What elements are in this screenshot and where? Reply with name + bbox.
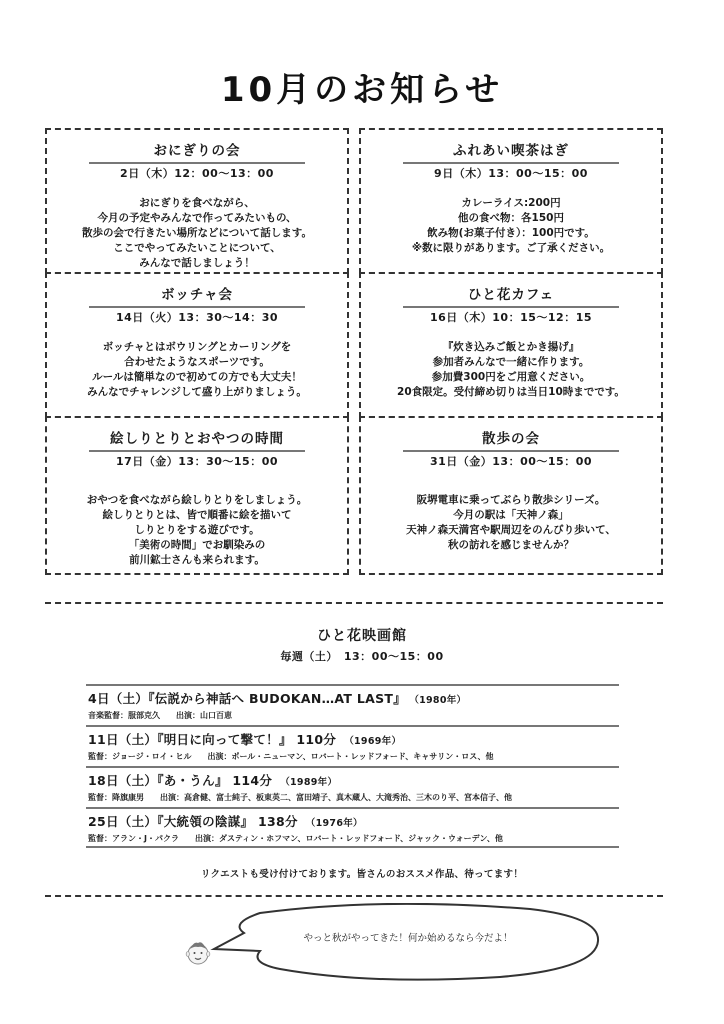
event-box-boccia: ボッチャ会 14日（火）13：30～14：30 ボッチャとはボウリングとカーリン… <box>45 272 349 418</box>
movie-row: 18日（土）『あ・うん』 114分（1989年） 監督：降旗康男出演：高倉健、富… <box>86 766 619 807</box>
title-underline <box>89 450 305 452</box>
event-box-hitohana-cafe: ひと花カフェ 16日（木）10：15～12：15 『炊き込みご飯とかき揚げ』 参… <box>359 272 663 418</box>
section-divider <box>45 895 663 897</box>
title-underline <box>89 162 305 164</box>
event-title: おにぎりの会 <box>47 139 347 159</box>
event-description: 阪堺電車に乗ってぶらり散歩シリーズ。 今月の駅は「天神ノ森」 天神ノ森天満宮や駅… <box>361 493 661 553</box>
event-title: 絵しりとりとおやつの時間 <box>47 427 347 447</box>
movie-list: 4日（土）『伝説から神話へ BUDOKAN…AT LAST』（1980年） 音楽… <box>86 684 619 848</box>
cinema-title: ひと花映画館 <box>0 625 724 645</box>
movie-year: （1969年） <box>344 736 401 747</box>
movie-credits: 監督：ジョージ・ロイ・ヒル出演：ポール・ニューマン、ロバート・レッドフォード、キ… <box>88 751 493 762</box>
event-title: ボッチャ会 <box>47 283 347 303</box>
event-description: ボッチャとはボウリングとカーリングを 合わせたようなスポーツです。 ルールは簡単… <box>47 340 347 400</box>
event-box-cafe-hagi: ふれあい喫茶はぎ 9日（木）13：00～15：00 カレーライス:200円 他の… <box>359 128 663 274</box>
cinema-schedule: 毎週（土） 13：00～15：00 <box>0 648 724 664</box>
movie-heading: 11日（土）『明日に向って撃て！』 110分（1969年） <box>88 730 401 748</box>
movie-row: 11日（土）『明日に向って撃て！』 110分（1969年） 監督：ジョージ・ロイ… <box>86 725 619 766</box>
movie-year: （1980年） <box>414 695 466 706</box>
movie-credits: 監督：降旗康男出演：高倉健、富士純子、板東英二、富田靖子、真木蔵人、大滝秀治、三… <box>88 792 512 803</box>
event-time: 9日（木）13：00～15：00 <box>361 165 661 181</box>
speech-text: やっと秋がやってきた！何か始めるなら今だよ！ <box>240 930 576 944</box>
event-time: 2日（木）12：00～13：00 <box>47 165 347 181</box>
event-time: 16日（木）10：15～12：15 <box>361 309 661 325</box>
event-box-walk: 散歩の会 31日（金）13：00～15：00 阪堺電車に乗ってぶらり散歩シリーズ… <box>359 416 663 575</box>
event-description: おにぎりを食べながら、 今月の予定やみんなで作ってみたいもの、 散歩の会で行きた… <box>47 196 347 271</box>
movie-heading: 4日（土）『伝説から神話へ BUDOKAN…AT LAST』（1980年） <box>88 689 466 707</box>
page-title: 10月のお知らせ <box>0 62 724 111</box>
event-grid: おにぎりの会 2日（木）12：00～13：00 おにぎりを食べながら、 今月の予… <box>45 128 663 575</box>
section-divider <box>45 602 663 604</box>
event-title: ひと花カフェ <box>361 283 661 303</box>
event-time: 17日（金）13：30～15：00 <box>47 453 347 469</box>
movie-credits: 監督：アラン・J・パクラ出演：ダスティン・ホフマン、ロバート・レッドフォード、ジ… <box>88 833 503 844</box>
movie-heading: 18日（土）『あ・うん』 114分（1989年） <box>88 771 337 789</box>
title-underline <box>403 162 619 164</box>
request-note: リクエストも受け付けております。皆さんのおススメ作品、待ってます！ <box>0 866 724 880</box>
movie-credits: 音楽監督：服部克久出演：山口百恵 <box>88 710 232 721</box>
event-box-onigiri: おにぎりの会 2日（木）12：00～13：00 おにぎりを食べながら、 今月の予… <box>45 128 349 274</box>
movie-row: 25日（土）『大統領の陰謀』 138分（1976年） 監督：アラン・J・パクラ出… <box>86 807 619 848</box>
event-title: 散歩の会 <box>361 427 661 447</box>
event-description: 『炊き込みご飯とかき揚げ』 参加者みんなで一緒に作ります。 参加費300円をご用… <box>361 340 661 400</box>
event-box-e-shiritori: 絵しりとりとおやつの時間 17日（金）13：30～15：00 おやつを食べながら… <box>45 416 349 575</box>
title-underline <box>403 450 619 452</box>
event-time: 31日（金）13：00～15：00 <box>361 453 661 469</box>
movie-row: 4日（土）『伝説から神話へ BUDOKAN…AT LAST』（1980年） 音楽… <box>86 684 619 725</box>
movie-year: （1976年） <box>306 818 363 829</box>
movie-heading: 25日（土）『大統領の陰謀』 138分（1976年） <box>88 812 363 830</box>
movie-year: （1989年） <box>280 777 337 788</box>
event-time: 14日（火）13：30～14：30 <box>47 309 347 325</box>
event-description: おやつを食べながら絵しりとりをしましょう。 絵しりとりとは、皆で順番に絵を描いて… <box>47 493 347 568</box>
event-title: ふれあい喫茶はぎ <box>361 139 661 159</box>
event-description: カレーライス:200円 他の食べ物：各150円 飲み物(お菓子付き）：100円で… <box>361 196 661 256</box>
title-underline <box>89 306 305 308</box>
title-underline <box>403 306 619 308</box>
